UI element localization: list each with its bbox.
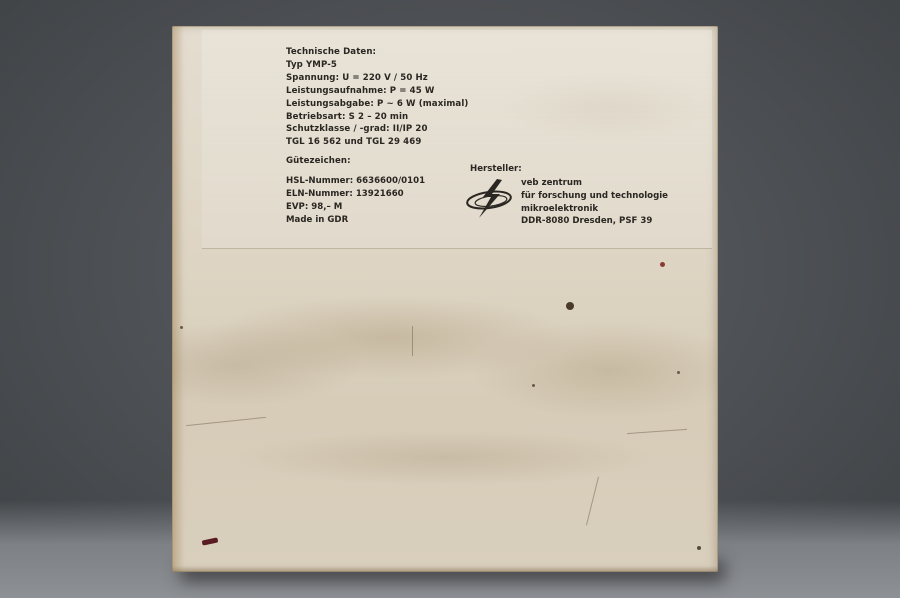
- hsl-number: HSL-Nummer: 6636600/0101: [286, 175, 425, 188]
- scratch: [186, 417, 266, 426]
- quality-mark-label: Gütezeichen:: [286, 155, 468, 168]
- red-speck: [660, 262, 665, 267]
- scratch: [586, 477, 599, 526]
- spec-line-protection-class: Schutzklasse / -grad: II/IP 20: [286, 123, 468, 136]
- scratch: [412, 326, 413, 356]
- scratch: [627, 429, 687, 434]
- manufacturer-line-2: für forschung und technologie: [521, 190, 668, 203]
- spec-line-operating-mode: Betriebsart: S 2 – 20 min: [286, 111, 468, 124]
- speck: [180, 326, 183, 329]
- dark-speck: [566, 302, 574, 310]
- spec-line-power-output: Leistungsabgabe: P ~ 6 W (maximal): [286, 98, 468, 111]
- retail-price: EVP: 98,– M: [286, 201, 425, 214]
- spec-line-voltage: Spannung: U = 220 V / 50 Hz: [286, 72, 468, 85]
- made-in: Made in GDR: [286, 214, 425, 227]
- lightning-bolt-logo-icon: [464, 176, 518, 222]
- spec-line-type: Typ YMP-5: [286, 59, 468, 72]
- technical-data-block: Technische Daten: Typ YMP-5 Spannung: U …: [286, 46, 468, 168]
- technical-data-heading: Technische Daten:: [286, 46, 468, 59]
- spec-line-standards: TGL 16 562 und TGL 29 469: [286, 136, 468, 149]
- box-edge-left: [172, 26, 184, 572]
- label-panel: Technische Daten: Typ YMP-5 Spannung: U …: [202, 30, 712, 249]
- manufacturer-line-3: mikroelektronik: [521, 203, 668, 216]
- manufacturer-line-1: veb zentrum: [521, 177, 668, 190]
- identifiers-block: HSL-Nummer: 6636600/0101 ELN-Nummer: 139…: [286, 175, 425, 227]
- speck: [677, 371, 680, 374]
- manufacturer-line-4: DDR-8080 Dresden, PSF 39: [521, 215, 668, 228]
- red-ink-mark: [202, 537, 219, 545]
- speck: [532, 384, 535, 387]
- spec-line-power-input: Leistungsaufnahme: P = 45 W: [286, 85, 468, 98]
- speck: [697, 546, 701, 550]
- product-box: Technische Daten: Typ YMP-5 Spannung: U …: [172, 26, 718, 572]
- manufacturer-address: veb zentrum für forschung und technologi…: [521, 177, 668, 228]
- box-edge-bottom: [172, 566, 718, 572]
- manufacturer-heading: Hersteller:: [470, 164, 522, 174]
- eln-number: ELN-Nummer: 13921660: [286, 188, 425, 201]
